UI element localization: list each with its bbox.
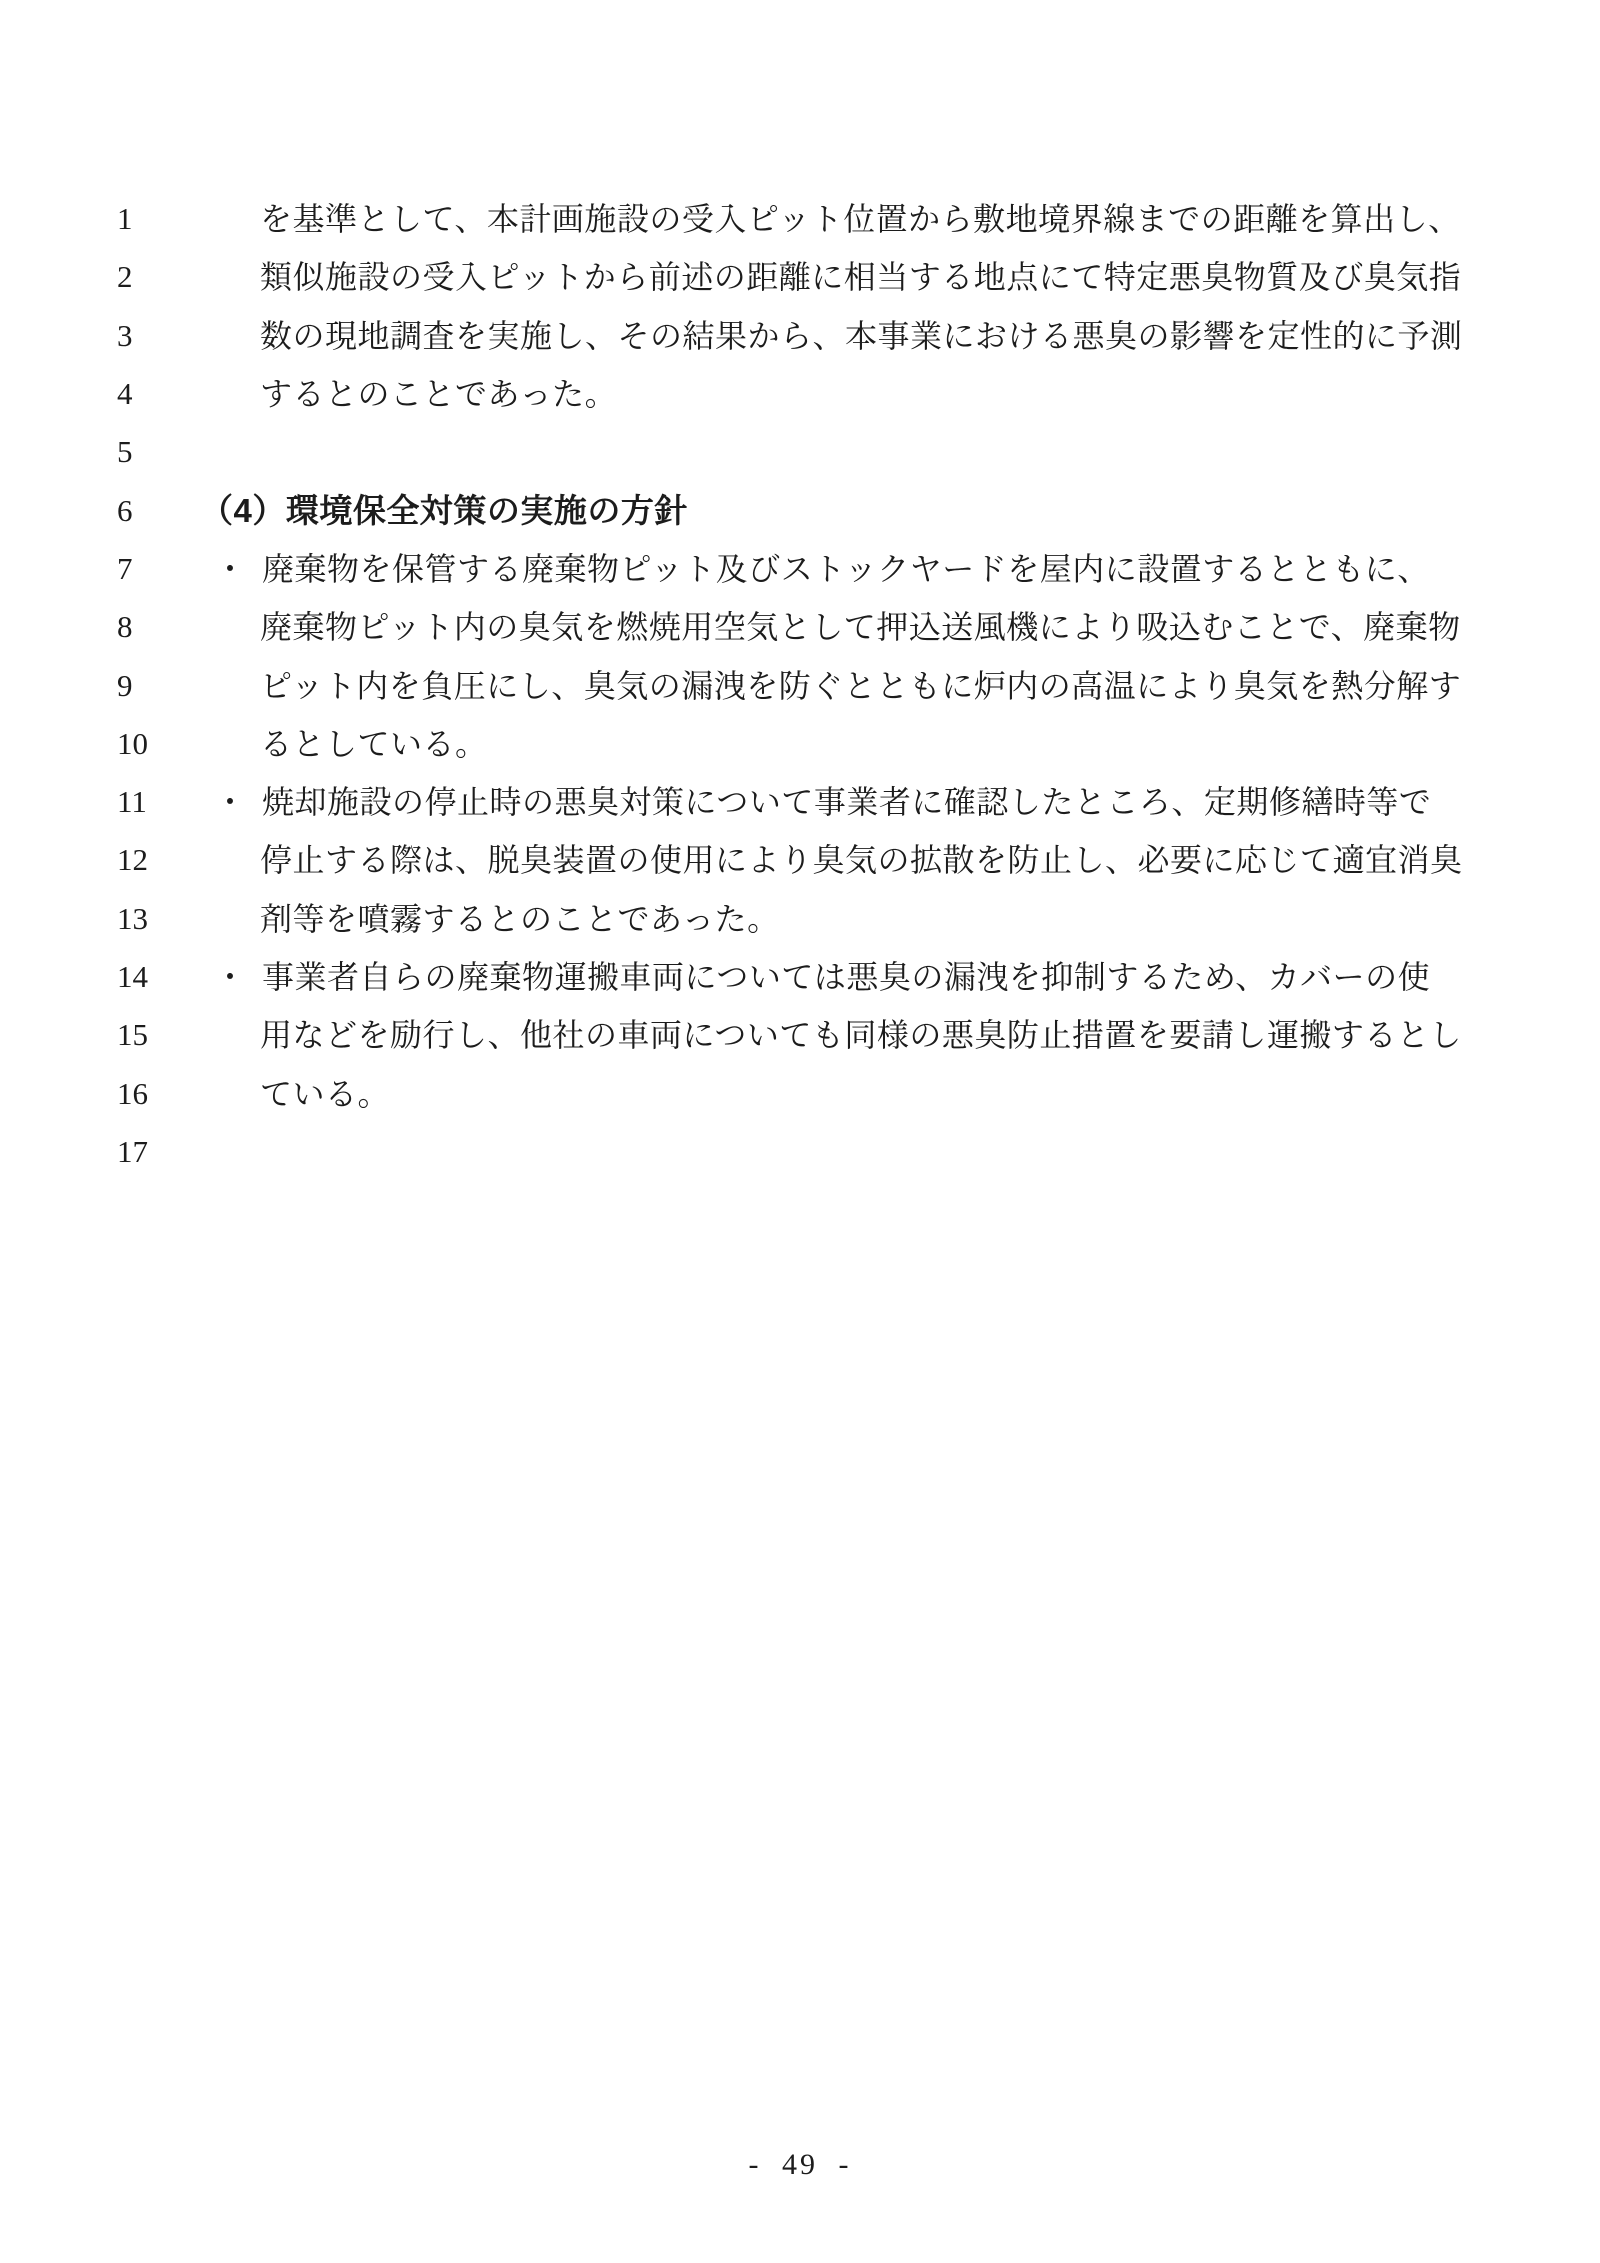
line-text: るとしている。	[260, 728, 488, 760]
document-line: 14 ・ 事業者自らの廃棄物運搬車両については悪臭の漏洩を抑制するため、カバーの…	[0, 948, 1600, 1006]
line-content: 廃棄物ピット内の臭気を燃焼用空気として押込送風機により吸込むことで、廃棄物	[260, 611, 1461, 643]
line-number: 11	[0, 784, 150, 820]
line-content: るとしている。	[260, 728, 488, 760]
line-number: 5	[0, 434, 150, 470]
line-content: （4）環境保全対策の実施の方針	[200, 494, 688, 527]
line-text: 停止する際は、脱臭装置の使用により臭気の拡散を防止し、必要に応じて適宜消臭	[260, 844, 1463, 876]
line-text: するとのことであった。	[260, 378, 617, 410]
bullet-icon: ・	[214, 961, 262, 993]
document-line: 13 剤等を噴霧するとのことであった。	[0, 890, 1600, 948]
document-line: 5	[0, 423, 1600, 481]
document-line: 6 （4）環境保全対策の実施の方針	[0, 481, 1600, 539]
line-text: 数の現地調査を実施し、その結果から、本事業における悪臭の影響を定性的に予測	[260, 320, 1463, 352]
line-content: 用などを励行し、他社の車両についても同様の悪臭防止措置を要請し運搬するとし	[260, 1019, 1462, 1051]
line-content: 剤等を噴霧するとのことであった。	[260, 903, 780, 935]
line-number: 3	[0, 318, 150, 354]
line-content: ・ 事業者自らの廃棄物運搬車両については悪臭の漏洩を抑制するため、カバーの使	[214, 961, 1430, 993]
document-line: 16 ている。	[0, 1064, 1600, 1122]
line-number: 17	[0, 1134, 150, 1170]
line-number: 4	[0, 376, 150, 412]
line-content: するとのことであった。	[260, 378, 617, 410]
line-text: 廃棄物ピット内の臭気を燃焼用空気として押込送風機により吸込むことで、廃棄物	[260, 611, 1461, 643]
line-text: ピット内を負圧にし、臭気の漏洩を防ぐとともに炉内の高温により臭気を熱分解す	[260, 670, 1461, 702]
line-text: 用などを励行し、他社の車両についても同様の悪臭防止措置を要請し運搬するとし	[260, 1019, 1462, 1051]
line-number: 6	[0, 493, 150, 529]
document-page: 1 を基準として、本計画施設の受入ピット位置から敷地境界線までの距離を算出し、 …	[0, 0, 1600, 2263]
page-number: - 49 -	[0, 2148, 1600, 2182]
line-number: 10	[0, 726, 150, 762]
document-line: 12 停止する際は、脱臭装置の使用により臭気の拡散を防止し、必要に応じて適宜消臭	[0, 831, 1600, 889]
line-content: ・ 廃棄物を保管する廃棄物ピット及びストックヤードを屋内に設置するとともに、	[214, 553, 1430, 585]
line-text: （4）環境保全対策の実施の方針	[200, 494, 688, 527]
bullet-icon: ・	[214, 786, 262, 818]
document-line: 7 ・ 廃棄物を保管する廃棄物ピット及びストックヤードを屋内に設置するとともに、	[0, 540, 1600, 598]
line-number: 14	[0, 959, 150, 995]
line-content: ・ 焼却施設の停止時の悪臭対策について事業者に確認したところ、定期修繕時等で	[214, 786, 1431, 818]
document-line: 11 ・ 焼却施設の停止時の悪臭対策について事業者に確認したところ、定期修繕時等…	[0, 773, 1600, 831]
line-content: 類似施設の受入ピットから前述の距離に相当する地点にて特定悪臭物質及び臭気指	[260, 261, 1461, 293]
line-number: 13	[0, 901, 150, 937]
document-line: 8 廃棄物ピット内の臭気を燃焼用空気として押込送風機により吸込むことで、廃棄物	[0, 598, 1600, 656]
document-line: 17	[0, 1123, 1600, 1181]
line-content: 数の現地調査を実施し、その結果から、本事業における悪臭の影響を定性的に予測	[260, 320, 1463, 352]
document-body: 1 を基準として、本計画施設の受入ピット位置から敷地境界線までの距離を算出し、 …	[0, 190, 1600, 1181]
document-line: 2 類似施設の受入ピットから前述の距離に相当する地点にて特定悪臭物質及び臭気指	[0, 248, 1600, 306]
document-line: 1 を基準として、本計画施設の受入ピット位置から敷地境界線までの距離を算出し、	[0, 190, 1600, 248]
line-text: 焼却施設の停止時の悪臭対策について事業者に確認したところ、定期修繕時等で	[262, 786, 1431, 818]
line-text: 類似施設の受入ピットから前述の距離に相当する地点にて特定悪臭物質及び臭気指	[260, 261, 1461, 293]
document-line: 3 数の現地調査を実施し、その結果から、本事業における悪臭の影響を定性的に予測	[0, 307, 1600, 365]
line-text: 剤等を噴霧するとのことであった。	[260, 903, 780, 935]
line-number: 12	[0, 842, 150, 878]
bullet-icon: ・	[214, 553, 262, 585]
line-number: 15	[0, 1017, 150, 1053]
document-line: 15 用などを励行し、他社の車両についても同様の悪臭防止措置を要請し運搬するとし	[0, 1006, 1600, 1064]
line-text: ている。	[260, 1078, 390, 1110]
line-content: 停止する際は、脱臭装置の使用により臭気の拡散を防止し、必要に応じて適宜消臭	[260, 844, 1463, 876]
line-content: ピット内を負圧にし、臭気の漏洩を防ぐとともに炉内の高温により臭気を熱分解す	[260, 670, 1461, 702]
line-number: 9	[0, 668, 150, 704]
line-content: を基準として、本計画施設の受入ピット位置から敷地境界線までの距離を算出し、	[260, 203, 1461, 235]
line-number: 16	[0, 1076, 150, 1112]
line-text: を基準として、本計画施設の受入ピット位置から敷地境界線までの距離を算出し、	[260, 203, 1461, 235]
line-text: 事業者自らの廃棄物運搬車両については悪臭の漏洩を抑制するため、カバーの使	[262, 961, 1430, 993]
line-number: 8	[0, 609, 150, 645]
line-content: ている。	[260, 1078, 390, 1110]
document-line: 10 るとしている。	[0, 715, 1600, 773]
line-number: 1	[0, 201, 150, 237]
line-text: 廃棄物を保管する廃棄物ピット及びストックヤードを屋内に設置するとともに、	[262, 553, 1430, 585]
document-line: 4 するとのことであった。	[0, 365, 1600, 423]
document-line: 9 ピット内を負圧にし、臭気の漏洩を防ぐとともに炉内の高温により臭気を熱分解す	[0, 656, 1600, 714]
line-number: 7	[0, 551, 150, 587]
line-number: 2	[0, 259, 150, 295]
